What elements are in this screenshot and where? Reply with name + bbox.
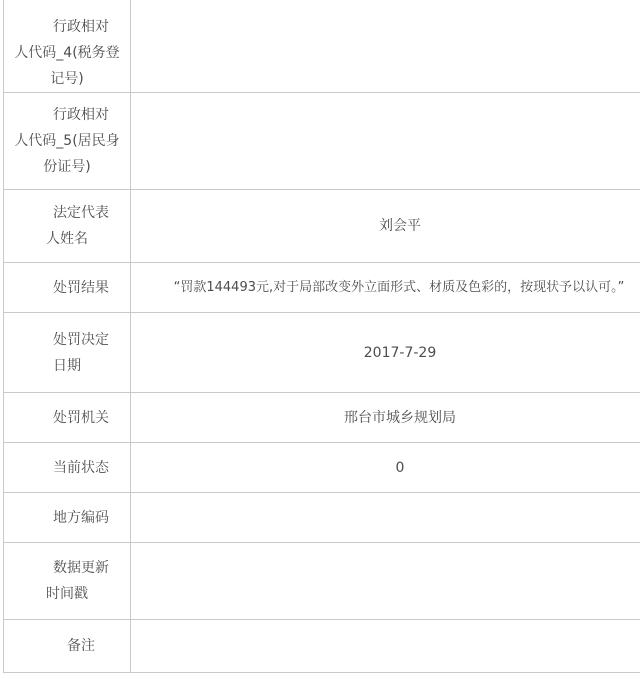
table-row-code5: 行政相对 人代码_5(居民身 份证号) bbox=[4, 93, 640, 190]
table-row-legal-rep: 法定代表 人姓名 刘会平 bbox=[4, 190, 640, 263]
row-label-text: 当前状态 bbox=[4, 455, 130, 481]
row-value-cell: 2017-7-29 bbox=[131, 313, 640, 392]
record-table: 行政相对 人代码_4(税务登 记号) 行政相对 人代码_5(居民身 份证号) 法… bbox=[3, 0, 640, 673]
row-value-cell: 刘会平 bbox=[131, 190, 640, 262]
row-value-text: 刘会平 bbox=[131, 213, 640, 239]
table-row-decision-date: 处罚决定 日期 2017-7-29 bbox=[4, 313, 640, 393]
row-value-cell bbox=[131, 543, 640, 619]
row-value-cell: 邢台市城乡规划局 bbox=[131, 393, 640, 442]
table-row-remarks: 备注 bbox=[4, 620, 640, 673]
row-label-cell: 数据更新 时间戳 bbox=[4, 543, 131, 619]
table-row-current-status: 当前状态 0 bbox=[4, 443, 640, 493]
row-value-text: 邢台市城乡规划局 bbox=[131, 405, 640, 431]
row-label-cell: 行政相对 人代码_5(居民身 份证号) bbox=[4, 93, 131, 189]
row-label-text: 处罚机关 bbox=[4, 405, 130, 431]
row-label-text: 行政相对 人代码_4(税务登 记号) bbox=[4, 0, 130, 92]
row-label-text: 处罚结果 bbox=[4, 275, 130, 301]
table-row-code4: 行政相对 人代码_4(税务登 记号) bbox=[4, 0, 640, 93]
row-label-cell: 法定代表 人姓名 bbox=[4, 190, 131, 262]
table-row-local-code: 地方编码 bbox=[4, 493, 640, 543]
row-label-cell: 行政相对 人代码_4(税务登 记号) bbox=[4, 0, 131, 92]
row-value-cell: “罚款144493元,对于局部改变外立面形式、材质及色彩的，按现状予以认可。” bbox=[131, 263, 640, 312]
table-row-penalty-agency: 处罚机关 邢台市城乡规划局 bbox=[4, 393, 640, 443]
row-label-text: 法定代表 人姓名 bbox=[4, 200, 130, 252]
row-label-text: 备注 bbox=[4, 633, 130, 659]
row-label-cell: 地方编码 bbox=[4, 493, 131, 542]
row-label-text: 行政相对 人代码_5(居民身 份证号) bbox=[4, 102, 130, 180]
row-value-cell bbox=[131, 620, 640, 672]
row-value-cell: 0 bbox=[131, 443, 640, 492]
table-row-update-timestamp: 数据更新 时间戳 bbox=[4, 543, 640, 620]
row-label-cell: 当前状态 bbox=[4, 443, 131, 492]
row-label-text: 数据更新 时间戳 bbox=[4, 555, 130, 607]
row-value-cell bbox=[131, 0, 640, 92]
page: 行政相对 人代码_4(税务登 记号) 行政相对 人代码_5(居民身 份证号) 法… bbox=[0, 0, 640, 679]
row-value-cell bbox=[131, 493, 640, 542]
row-label-text: 地方编码 bbox=[4, 505, 130, 531]
row-value-text: “罚款144493元,对于局部改变外立面形式、材质及色彩的，按现状予以认可。” bbox=[131, 278, 640, 298]
table-row-penalty-result: 处罚结果 “罚款144493元,对于局部改变外立面形式、材质及色彩的，按现状予以… bbox=[4, 263, 640, 313]
row-value-text: 2017-7-29 bbox=[131, 340, 640, 366]
row-label-cell: 处罚决定 日期 bbox=[4, 313, 131, 392]
row-value-cell bbox=[131, 93, 640, 189]
row-value-text: 0 bbox=[131, 455, 640, 481]
row-label-cell: 处罚结果 bbox=[4, 263, 131, 312]
row-label-cell: 处罚机关 bbox=[4, 393, 131, 442]
row-label-cell: 备注 bbox=[4, 620, 131, 672]
row-label-text: 处罚决定 日期 bbox=[4, 327, 130, 379]
